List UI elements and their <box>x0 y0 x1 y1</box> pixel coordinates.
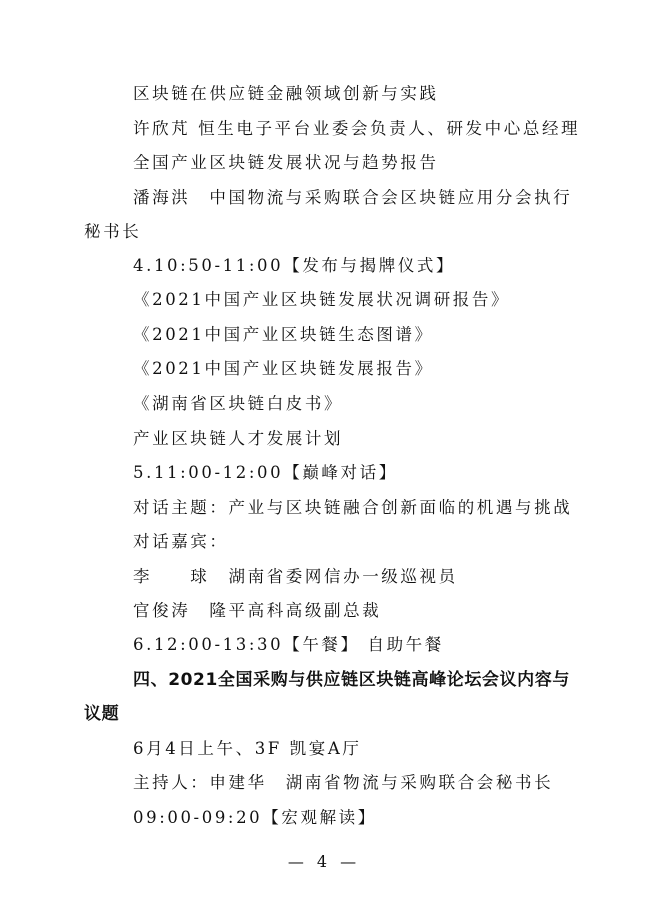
section-heading: 四、2021全国采购与供应链区块链高峰论坛会议内容与 <box>133 670 570 690</box>
section-heading: 议题 <box>84 704 119 724</box>
text-line: 潘海洪 中国物流与采购联合会区块链应用分会执行 <box>133 188 572 208</box>
text-line: 5.11:00-12:00【巅峰对话】 <box>133 463 398 483</box>
text-line: 6月4日上午、3F 凯宴A厅 <box>133 739 362 759</box>
text-line: 《2021中国产业区块链发展状况调研报告》 <box>133 290 510 310</box>
text-line: 09:00-09:20【宏观解读】 <box>133 808 377 828</box>
text-line: 全国产业区块链发展状况与趋势报告 <box>133 153 439 173</box>
text-line: 对话主题：产业与区块链融合创新面临的机遇与挑战 <box>133 498 572 518</box>
text-line: 《湖南省区块链白皮书》 <box>133 394 343 414</box>
text-line: 秘书长 <box>84 222 141 242</box>
text-line: 主持人：申建华 湖南省物流与采购联合会秘书长 <box>133 773 553 793</box>
page-number: — 4 — <box>0 852 648 871</box>
text-line: 产业区块链人才发展计划 <box>133 429 343 449</box>
text-line: 官俊涛 隆平高科高级副总裁 <box>133 601 381 621</box>
text-line: 《2021中国产业区块链发展报告》 <box>133 359 434 379</box>
text-line: 《2021中国产业区块链生态图谱》 <box>133 325 434 345</box>
text-line: 对话嘉宾： <box>133 532 229 552</box>
text-line: 李 球 湖南省委网信办一级巡视员 <box>133 567 458 587</box>
text-line: 区块链在供应链金融领域创新与实践 <box>133 84 439 104</box>
text-line: 许欣芃 恒生电子平台业委会负责人、研发中心总经理 <box>133 119 580 139</box>
text-line: 6.12:00-13:30【午餐】 自助午餐 <box>133 635 444 655</box>
text-line: 4.10:50-11:00【发布与揭牌仪式】 <box>133 256 455 276</box>
